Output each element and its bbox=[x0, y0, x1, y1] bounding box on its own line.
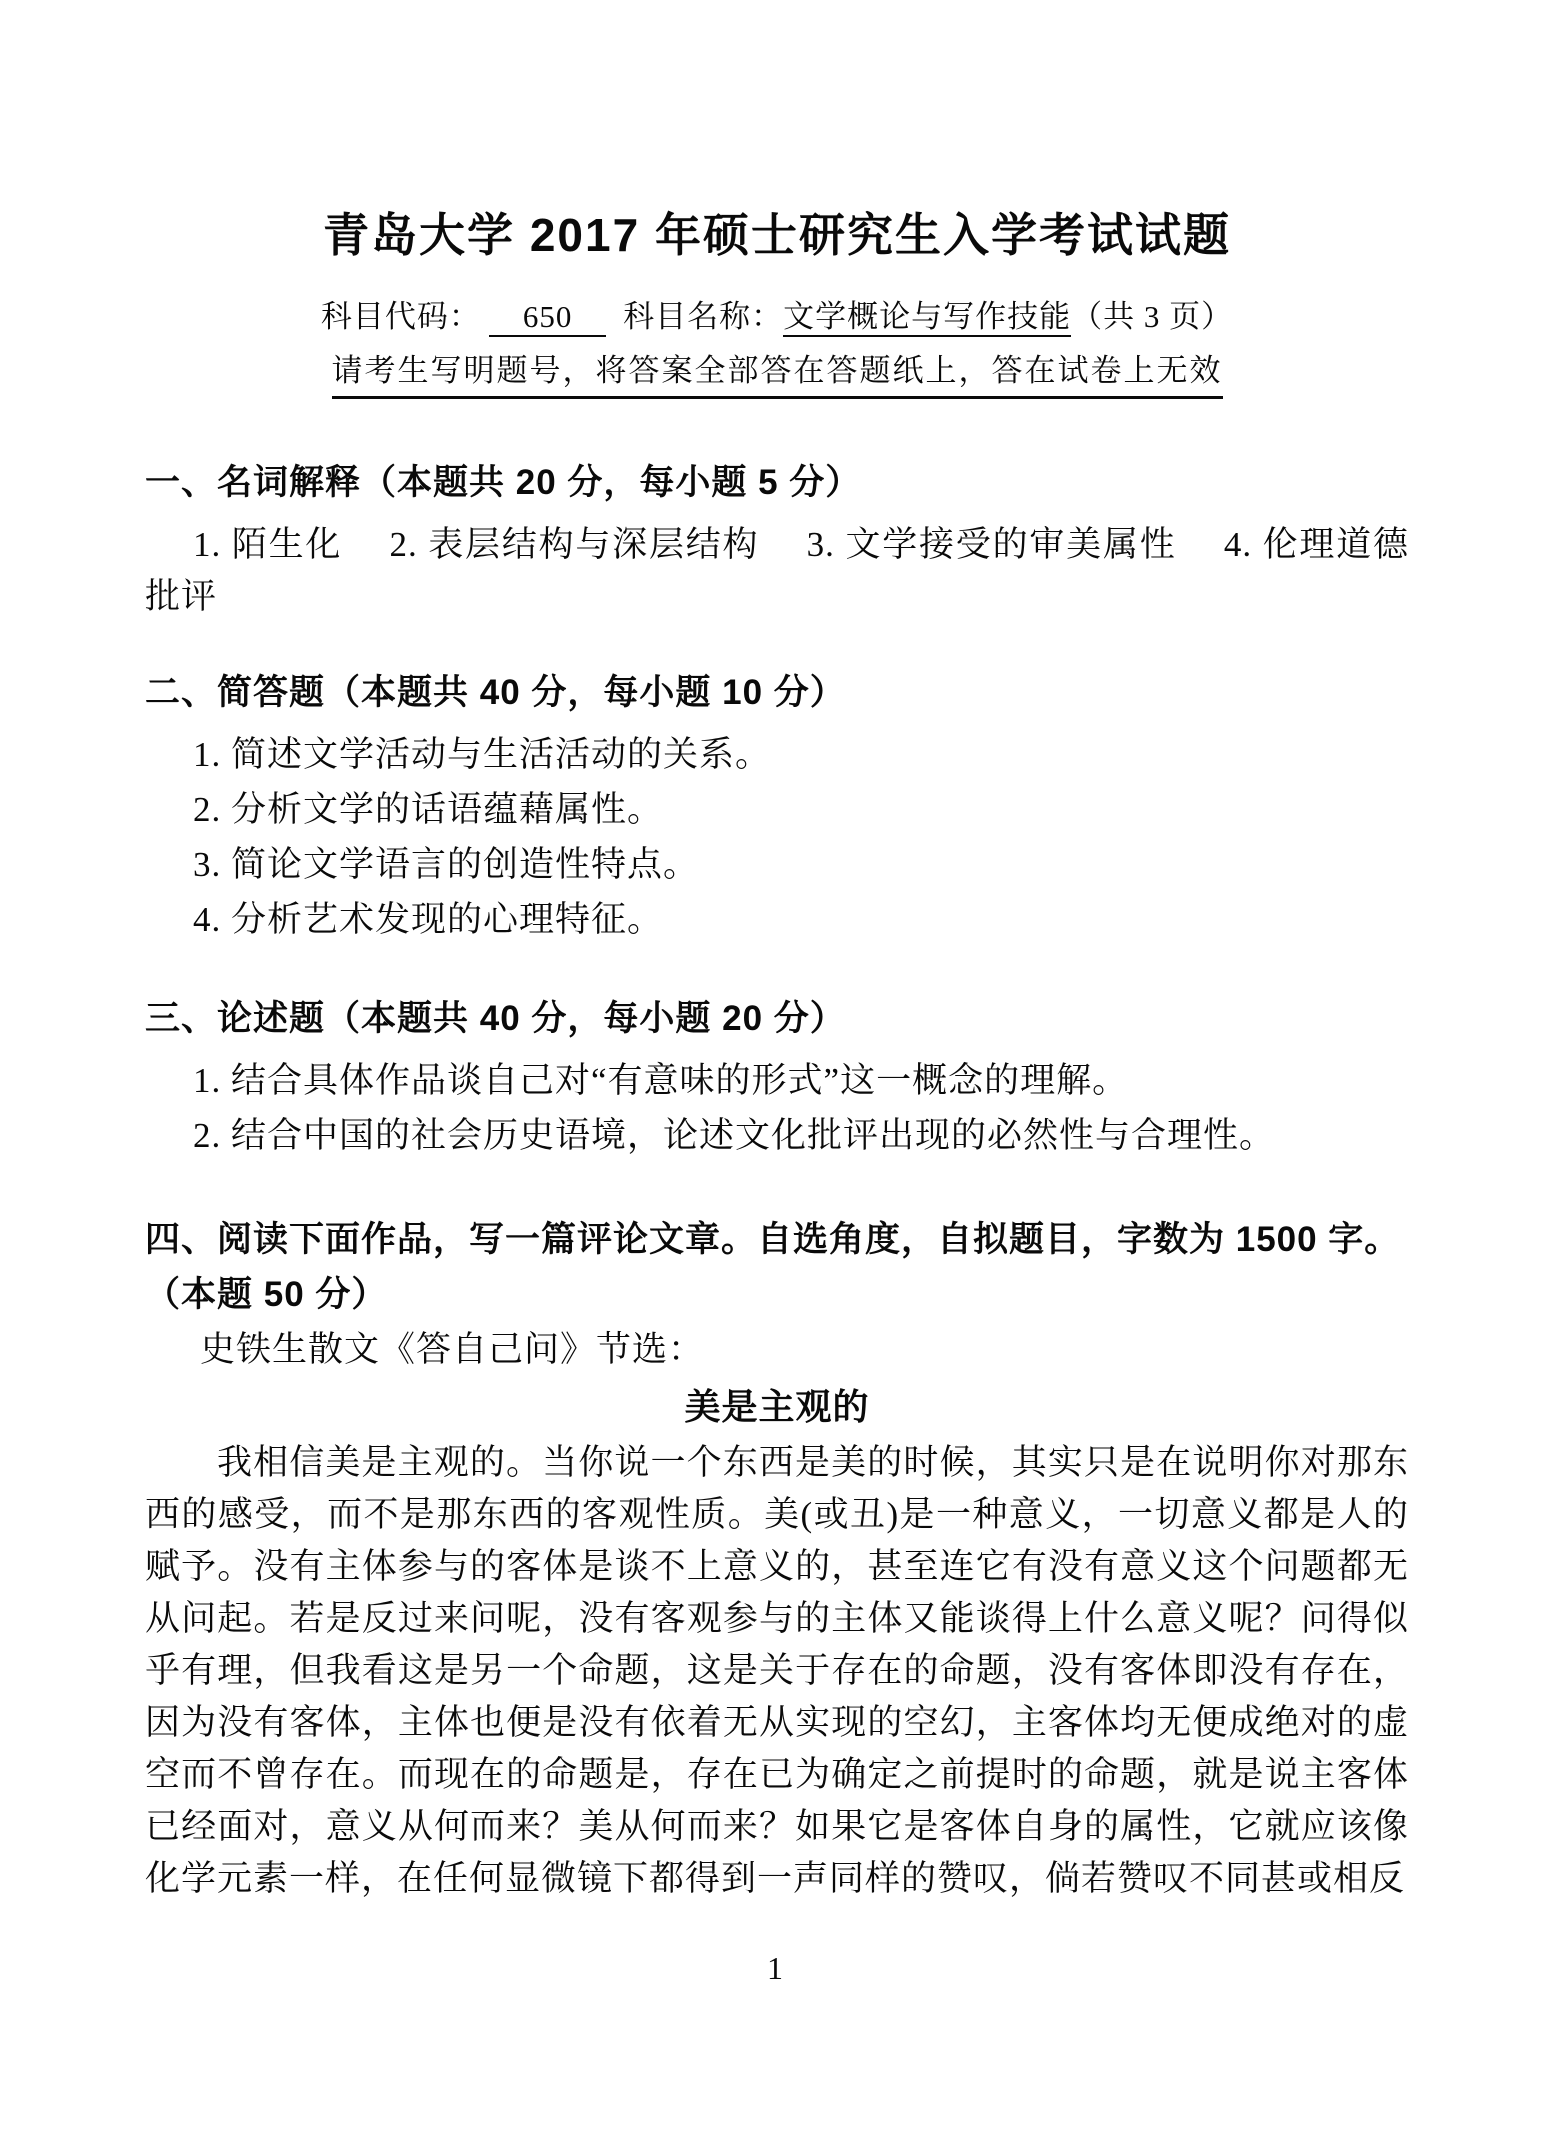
subject-info-line: 科目代码：650 科目名称：文学概论与写作技能（共 3 页） bbox=[145, 295, 1409, 339]
section-2-item-2: 2. 分析文学的话语蕴藉属性。 bbox=[145, 782, 1409, 837]
section-3-heading: 三、论述题（本题共 40 分，每小题 20 分） bbox=[145, 997, 1409, 1041]
document-content: 青岛大学 2017 年硕士研究生入学考试试题 科目代码：650 科目名称：文学概… bbox=[145, 0, 1409, 1905]
subject-code-label: 科目代码： bbox=[321, 299, 481, 334]
subject-code-value: 650 bbox=[489, 299, 607, 337]
exam-paper-page: 青岛大学 2017 年硕士研究生入学考试试题 科目代码：650 科目名称：文学概… bbox=[0, 0, 1550, 2150]
section-2-item-4: 4. 分析艺术发现的心理特征。 bbox=[145, 892, 1409, 947]
section-2-item-3: 3. 简论文学语言的创造性特点。 bbox=[145, 837, 1409, 892]
document-title: 青岛大学 2017 年硕士研究生入学考试试题 bbox=[145, 205, 1409, 265]
section-3-item-list: 1. 结合具体作品谈自己对“有意味的形式”这一概念的理解。 2. 结合中国的社会… bbox=[145, 1053, 1409, 1163]
exam-notice: 请考生写明题号，将答案全部答在答题纸上，答在试卷上无效 bbox=[332, 349, 1223, 399]
page-number: 1 bbox=[0, 1948, 1550, 1988]
section-3-item-2: 2. 结合中国的社会历史语境，论述文化批评出现的必然性与合理性。 bbox=[145, 1108, 1409, 1163]
subject-name-value: 文学概论与写作技能 bbox=[783, 299, 1071, 337]
essay-title: 美是主观的 bbox=[145, 1379, 1409, 1434]
subject-name-label: 科目名称： bbox=[623, 299, 783, 334]
section-1-items: 1. 陌生化 2. 表层结构与深层结构 3. 文学接受的审美属性 4. 伦理道德… bbox=[145, 519, 1409, 623]
section-1-heading: 一、名词解释（本题共 20 分，每小题 5 分） bbox=[145, 461, 1409, 505]
pages-note: （共 3 页） bbox=[1071, 299, 1233, 334]
section-4-heading-score: （本题 50 分） bbox=[145, 1267, 1409, 1322]
essay-paragraph: 我相信美是主观的。当你说一个东西是美的时候，其实只是在说明你对那东西的感受，而不… bbox=[145, 1437, 1409, 1905]
exam-notice-row: 请考生写明题号，将答案全部答在答题纸上，答在试卷上无效 bbox=[145, 349, 1409, 399]
section-2-item-list: 1. 简述文学活动与生活活动的关系。 2. 分析文学的话语蕴藉属性。 3. 简论… bbox=[145, 727, 1409, 947]
excerpt-source-line: 史铁生散文《答自己问》节选： bbox=[145, 1322, 1409, 1377]
section-3-item-1: 1. 结合具体作品谈自己对“有意味的形式”这一概念的理解。 bbox=[145, 1053, 1409, 1108]
section-2-item-1: 1. 简述文学活动与生活活动的关系。 bbox=[145, 727, 1409, 782]
section-4-heading: 四、阅读下面作品，写一篇评论文章。自选角度，自拟题目，字数为 1500 字。 bbox=[145, 1212, 1409, 1267]
section-2-heading: 二、简答题（本题共 40 分，每小题 10 分） bbox=[145, 671, 1409, 715]
